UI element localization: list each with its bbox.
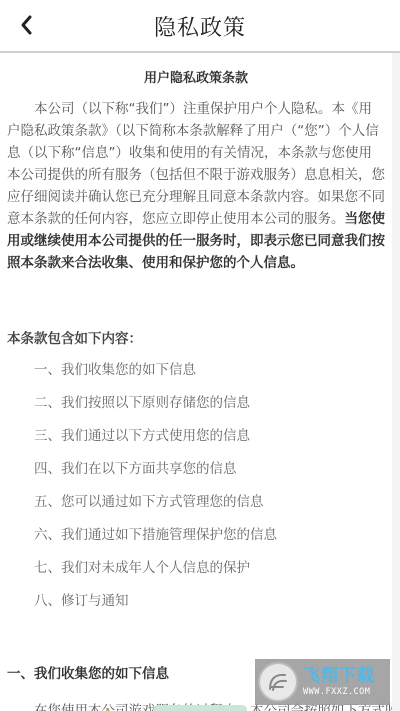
- toc-heading: 本条款包含如下内容：: [7, 327, 392, 347]
- watermark-text: 飞翔下载 WWW.FXXZ.COM: [303, 666, 375, 698]
- document-title: 用户隐私政策条款: [0, 67, 392, 86]
- intro-paragraph: 本公司（以下称“我们”）注重保护用户个人隐私。本《用户隐私政策条款》（以下简称本…: [7, 98, 385, 274]
- intro-text: 本公司（以下称“我们”）注重保护用户个人隐私。本《用户隐私政策条款》（以下简称本…: [7, 101, 385, 227]
- scrollbar[interactable]: [392, 53, 400, 711]
- toc-item: 二、我们按照以下原则存储您的信息: [34, 393, 392, 426]
- toc-item: 八、修订与通知: [34, 591, 392, 624]
- toc-item: 一、我们收集您的如下信息: [34, 360, 392, 393]
- watermark-url: WWW.FXXZ.COM: [303, 686, 375, 698]
- toc-item: 五、您可以通过如下方式管理您的信息: [34, 492, 392, 525]
- toc-item: 七、我们对未成年人个人信息的保护: [34, 558, 392, 591]
- watermark-brand: 飞翔下载: [303, 666, 375, 686]
- watermark-logo-icon: [258, 662, 298, 702]
- toc-list: 一、我们收集您的如下信息 二、我们按照以下原则存储您的信息 三、我们通过以下方式…: [0, 360, 392, 624]
- bottom-action-button[interactable]: [153, 705, 247, 711]
- toc-item: 六、我们通过如下措施管理保护您的信息: [34, 525, 392, 558]
- mouse-cursor-icon: [106, 703, 116, 711]
- watermark-overlay: 飞翔下载 WWW.FXXZ.COM: [255, 659, 390, 705]
- toc-item: 三、我们通过以下方式使用您的信息: [34, 426, 392, 459]
- page-title: 隐私政策: [0, 11, 400, 42]
- toc-item: 四、我们在以下方面共享您的信息: [34, 459, 392, 492]
- nav-header: 隐私政策: [0, 0, 400, 53]
- policy-content[interactable]: 用户隐私政策条款 本公司（以下称“我们”）注重保护用户个人隐私。本《用户隐私政策…: [0, 53, 392, 711]
- privacy-policy-screen: 隐私政策 用户隐私政策条款 本公司（以下称“我们”）注重保护用户个人隐私。本《用…: [0, 0, 400, 711]
